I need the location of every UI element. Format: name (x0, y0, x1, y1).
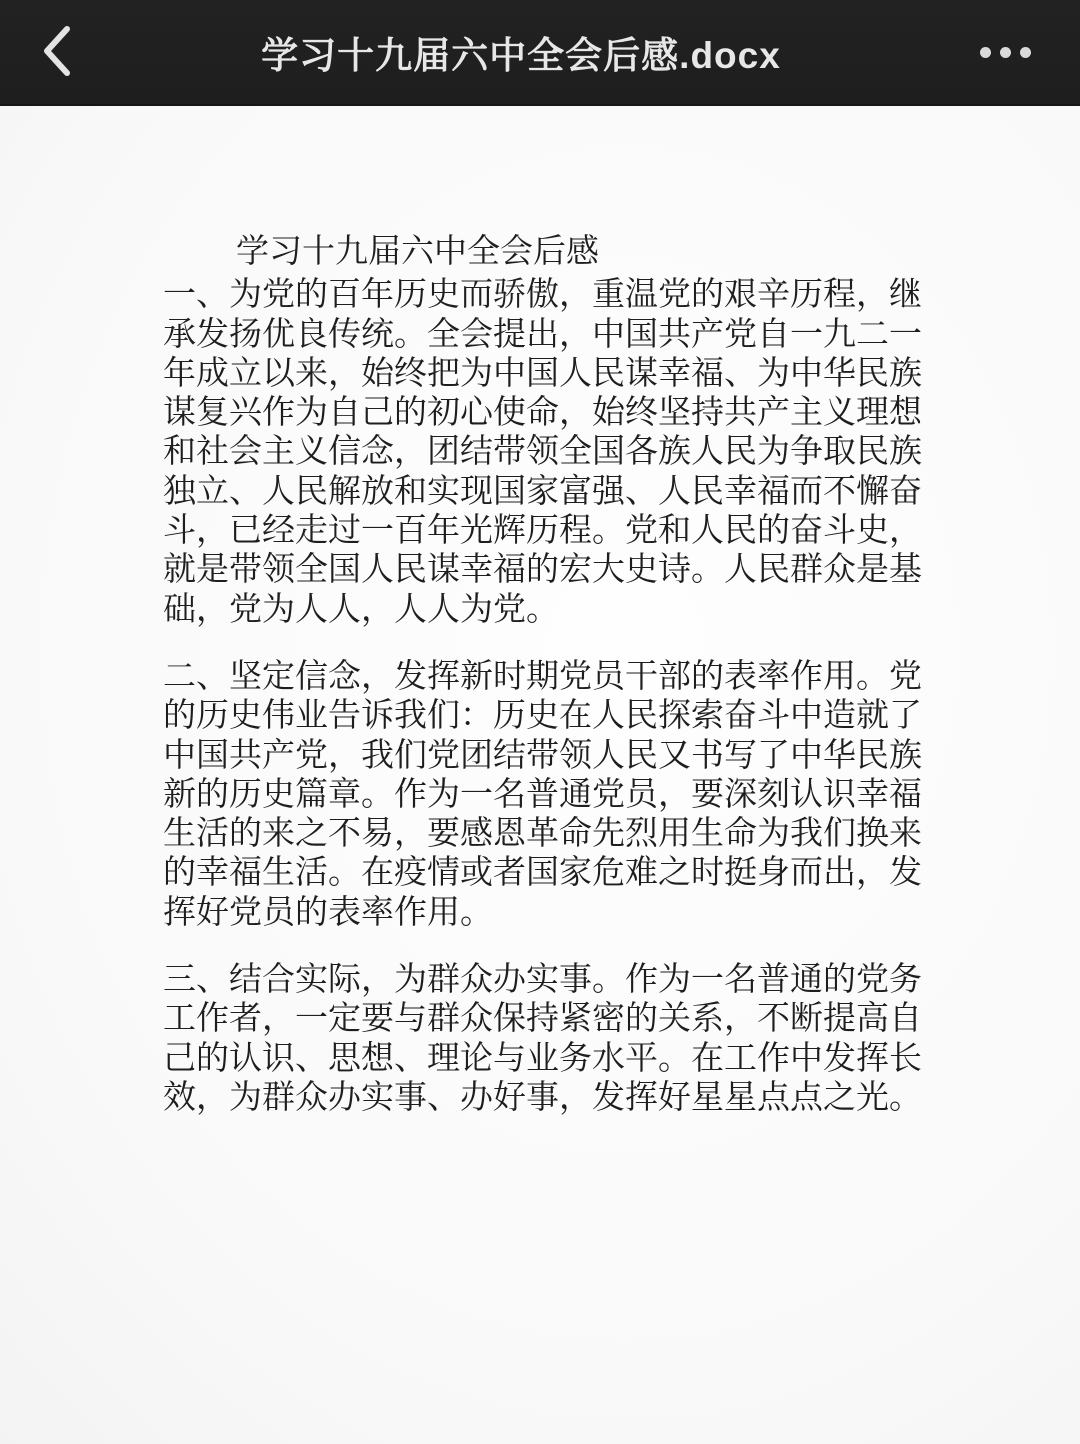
paragraph-2: 二、坚定信念，发挥新时期党员干部的表率作用。党 的历史伟业告诉我们：历史在人民探… (163, 656, 1080, 931)
document-heading: 学习十九届六中全会后感 (163, 231, 1080, 270)
document-filename-title: 学习十九届六中全会后感.docx (112, 25, 930, 79)
back-button[interactable] (0, 0, 112, 105)
document-page[interactable]: 学习十九届六中全会后感 一、为党的百年历史而骄傲，重温党的艰辛历程，继 承发扬优… (163, 231, 1080, 1116)
app-bar: 学习十九届六中全会后感.docx (0, 0, 1080, 106)
ellipsis-icon (980, 47, 1031, 58)
paragraph-1: 一、为党的百年历史而骄傲，重温党的艰辛历程，继 承发扬优良传统。全会提出，中国共… (163, 274, 1080, 628)
more-options-button[interactable] (930, 0, 1080, 105)
document-viewer-screen: 学习十九届六中全会后感.docx 学习十九届六中全会后感 一、为党的百年历史而骄… (0, 0, 1080, 1444)
chevron-left-icon (39, 25, 73, 80)
paragraph-3: 三、结合实际，为群众办实事。作为一名普通的党务 工作者，一定要与群众保持紧密的关… (163, 959, 1080, 1116)
